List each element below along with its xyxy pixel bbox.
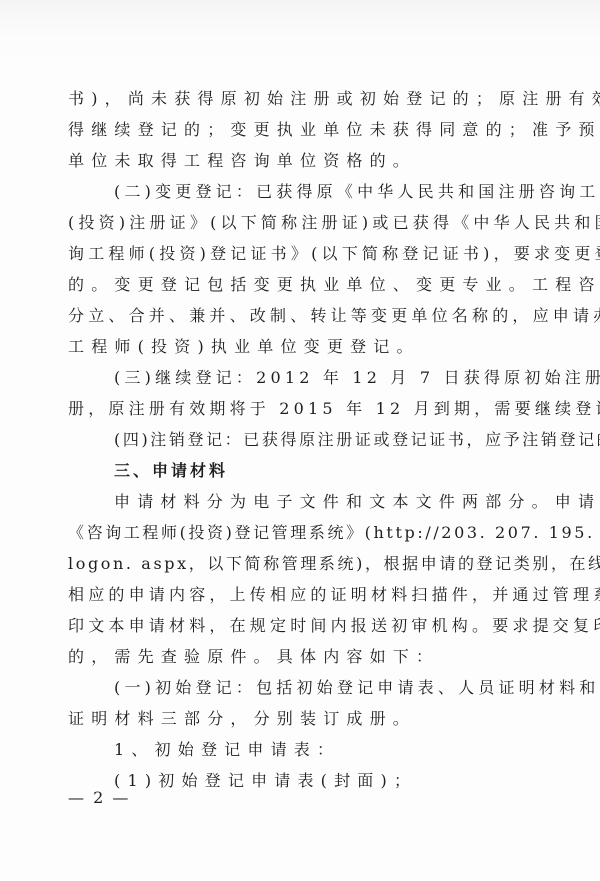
section-heading: 三、申请材料 bbox=[68, 455, 534, 486]
paragraph-cancel-registration: (四)注销登记：已获得原注册证或登记证书，应予注销登记的。 bbox=[68, 424, 534, 455]
text-line: logon. aspx，以下简称管理系统)，根据申请的登记类别，在线填写 bbox=[68, 548, 534, 579]
text-line: (二)变更登记：已获得原《中华人民共和国注册咨询工程师 bbox=[68, 176, 534, 207]
text-line: 册，原注册有效期将于 2015 年 12 月到期，需要继续登记的。 bbox=[68, 393, 534, 424]
page-number: — 2 — bbox=[68, 788, 130, 807]
text-line: 申请材料分为电子文件和文本文件两部分。申请人应登录 bbox=[68, 486, 534, 517]
text-line: 询工程师(投资)登记证书》(以下简称登记证书)，要求变更登记 bbox=[68, 238, 534, 269]
document-body: 书)，尚未获得原初始注册或初始登记的；原注册有效期已过，未获 得继续登记的；变更… bbox=[68, 83, 534, 796]
heading-application-materials: 三、申请材料 bbox=[68, 455, 534, 486]
text-line: 印文本申请材料，在规定时间内报送初审机构。要求提交复印件 bbox=[68, 610, 534, 641]
text-line: 1、初始登记申请表： bbox=[68, 734, 534, 765]
list-item-initial-form-cover: (1)初始登记申请表(封面)； bbox=[68, 765, 534, 796]
paragraph-continuation: 书)，尚未获得原初始注册或初始登记的；原注册有效期已过，未获 得继续登记的；变更… bbox=[68, 83, 534, 176]
text-line: 分立、合并、兼并、改制、转让等变更单位名称的，应申请办理咨询 bbox=[68, 300, 534, 331]
text-line: (四)注销登记：已获得原注册证或登记证书，应予注销登记的。 bbox=[68, 424, 534, 455]
text-line: 得继续登记的；变更执业单位未获得同意的；准予预登记后，执业 bbox=[68, 114, 534, 145]
text-line: 的，需先查验原件。具体内容如下： bbox=[68, 641, 534, 672]
paragraph-materials-intro: 申请材料分为电子文件和文本文件两部分。申请人应登录 《咨询工程师(投资)登记管理… bbox=[68, 486, 534, 672]
text-line: 《咨询工程师(投资)登记管理系统》(http://203. 207. 195. … bbox=[68, 517, 534, 548]
text-line: 证明材料三部分，分别装订成册。 bbox=[68, 703, 534, 734]
list-item-initial-form: 1、初始登记申请表： bbox=[68, 734, 534, 765]
text-line: 工程师(投资)执业单位变更登记。 bbox=[68, 331, 534, 362]
paragraph-continue-registration: (三)继续登记：2012 年 12 月 7 日获得原初始注册或继续注 册，原注册… bbox=[68, 362, 534, 424]
paragraph-initial-registration: (一)初始登记：包括初始登记申请表、人员证明材料和业绩 证明材料三部分，分别装订… bbox=[68, 672, 534, 734]
text-line: 单位未取得工程咨询单位资格的。 bbox=[68, 145, 534, 176]
text-line: 的。变更登记包括变更执业单位、变更专业。工程咨询单位发生 bbox=[68, 269, 534, 300]
text-line: 书)，尚未获得原初始注册或初始登记的；原注册有效期已过，未获 bbox=[68, 83, 534, 114]
text-line: (投资)注册证》(以下简称注册证)或已获得《中华人民共和国咨 bbox=[68, 207, 534, 238]
document-page: 书)，尚未获得原初始注册或初始登记的；原注册有效期已过，未获 得继续登记的；变更… bbox=[0, 0, 600, 881]
paragraph-change-registration: (二)变更登记：已获得原《中华人民共和国注册咨询工程师 (投资)注册证》(以下简… bbox=[68, 176, 534, 362]
text-line: (三)继续登记：2012 年 12 月 7 日获得原初始注册或继续注 bbox=[68, 362, 534, 393]
text-line: (一)初始登记：包括初始登记申请表、人员证明材料和业绩 bbox=[68, 672, 534, 703]
text-line: (1)初始登记申请表(封面)； bbox=[68, 765, 534, 796]
text-line: 相应的申请内容，上传相应的证明材料扫描件，并通过管理系统打 bbox=[68, 579, 534, 610]
